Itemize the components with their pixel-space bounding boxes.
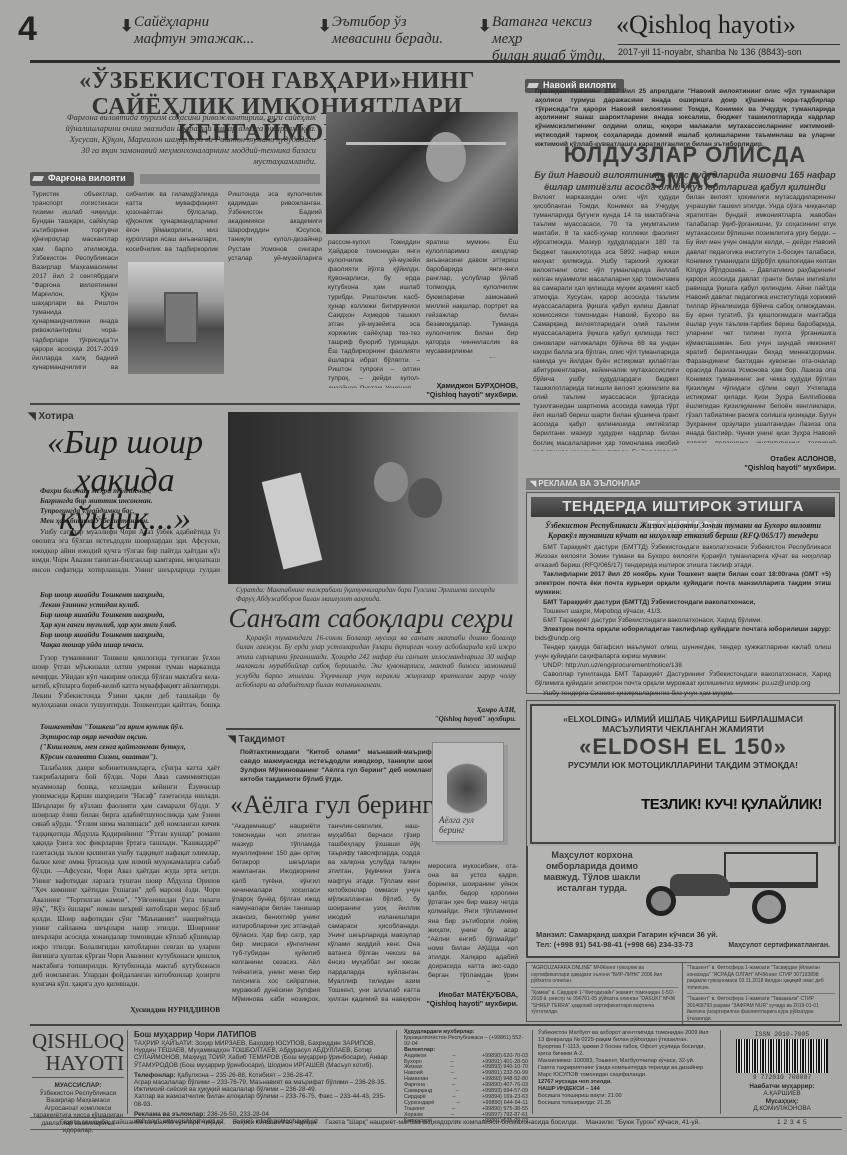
epigraph-line: Фахри билмай, меҳри тўлганман, [40,486,220,496]
section-label-ads: РЕКЛАМА ВА ЭЪЛОНЛАР [538,479,640,488]
notice-4: "Ташкент" в. Фитосфера 1-жамоати "Таваак… [687,994,835,1022]
arrow-down-icon: ⬇ [478,18,491,35]
poem-line: ("Кишлоғим, мен сенга қайтганман буткул, [40,742,220,752]
notices-col-1: "AGROUZAFARA ONLINE" МЧЖнинг гувоҳлик ва… [527,963,683,1024]
phones-label: Телефонлар: [134,1072,176,1079]
music-headline: Санъат сабоқлари сеҳри [226,603,516,634]
eldosh-certified: Маҳсулот сертификатланган. [728,942,830,949]
music-byline-name: Ҳамро АЛИ, [400,706,516,715]
tender-para-4: Саволлар туғилганда БМТ Тараққиёт Дастур… [527,670,839,688]
divider [720,1030,721,1114]
eldosh-slogan: ТЕЗЛИК! КУЧ! ҚУЛАЙЛИК! [641,796,822,813]
section-arrow-icon: ◥ [28,411,38,422]
section-header-ads: ◥ РЕКЛАМА ВА ЭЪЛОНЛАР [526,478,840,490]
section-label-memory: Хотира [38,411,73,422]
epigraph-line: Бағрингда бир миттик инсонман. [40,496,220,506]
format-text: Буюртма Г-1113, ҳажми 2 босма табоқ. Офс… [538,1044,716,1058]
poem-line: Бир шоир яшайди Тошкент шаҳрида, [40,610,220,620]
weaver-photo [326,112,518,234]
newspaper-brand: «Qishloq hayoti» [616,10,796,40]
memory-para-3: Талабалик даври кобинетилиқларга, сўнгра… [32,764,220,1004]
tender-headline: ТЕНДЕРДА ИШТИРОК ЭТИШГА ТАКЛИФ! [531,497,835,517]
dept-phones-3: Хатлар ва жамоатчилик билан алоқалар бўл… [134,1093,392,1107]
section-bar [140,174,320,184]
book-headline: «Аёлга гул беринг» [230,790,446,820]
book-byline-role: "Qishloq hayoti" мухбири. [420,999,518,1008]
eldosh-ad: «ELXOLDING» ИЛМИЙ ИШЛАБ ЧИҚАРИШ БИРЛАШМА… [530,704,836,844]
eldosh-line3: РУСУМЛИ ЮК МОТОЦИКЛЛАРИНИ ТАҚДИМ ЭТМОҚДА… [532,760,834,770]
poem-line: Бир шоир яшайди Тошкент шаҳрида, [40,630,220,640]
editor-in-chief: Бош муҳаррир Чори ЛАТИПОВ [134,1030,392,1040]
book-cover: Аёлга гул беринг [432,742,504,842]
board-members: ТАҲРИР ҲАЙЪАТИ: Зоҳир МИРЗАЕВ, Баҳодир Ю… [134,1040,392,1069]
book-col-1: "Академнашр" нашриёти томонидан чоп этил… [232,822,320,1002]
phones-text: Қабулхона – 235-26-88, Котибият – 236-28… [177,1072,313,1079]
tender-address-bold: БМТ Тараққиёт дастури (БМТТД) Ўзбекистон… [527,598,839,607]
memory-poem-2: Тошкентдан "Тошкеш"га ярим кунлик йўл. Э… [40,722,220,762]
signed-time-2: Босишга топширилди: 21.35 [538,1100,716,1107]
tender-closing: Ушбу тендерга Сизнинг қизиқишларингиз би… [527,689,839,698]
section-header-presentation: ◥ Тақдимот [228,734,285,745]
poem-line: Тошкентдан "Тошкеш"га ярим кунлик йўл. [40,722,220,732]
design-credit: Газета таҳририятнинг ўзида компьютерда т… [538,1065,716,1079]
tender-subhead: Ўзбекистон Республикаси Жиззах вилояти З… [527,521,839,541]
lead-byline: Ҳамиджон БУРҲОНОВ, "Qishloq hayoti" мухб… [420,381,518,399]
section-header-memory: ◥ Хотира [28,411,74,422]
loom-beam [346,142,506,145]
navoi-col-1: Вилоят марказидан олис чўл ҳудуди ҳисобл… [533,193,679,451]
book-cover-title: Аёлга гул беринг [439,815,501,835]
navoi-subhead: Бу йил Навоий вилоятининг олис ҳудудлари… [532,170,838,193]
address-text: Манзилимиз: 100083, Тошкент, Матбуотчила… [538,1058,716,1065]
lead-col-2: сибчилик ва гиламдўзликда катта муваффақ… [126,190,218,252]
book-col-2: танчлик-севгилик, наш-муҳаббат берчаси г… [328,822,420,1002]
eldosh-phone: Тел: (+998 91) 541-98-41 (+998 66) 234-3… [536,940,693,949]
front-wheel [646,886,676,916]
poem-line: Ҳар кун ғанги туғилиб, ҳар кун янги ўлиб… [40,620,220,630]
eldosh-ad-outer: «ELXOLDING» ИЛМИЙ ИШЛАБ ЧИҚАРИШ БИРЛАШМА… [526,700,840,848]
tender-para-1: БМТ Тараққиёт дастури (БМТТД) Ўзбекистон… [527,541,839,570]
tender-url-link[interactable]: UNDP: http://un.uz/eng/procurement/notic… [527,661,839,670]
arrow-down-icon: ⬇ [318,18,331,35]
lead-col-5: яратиш мумкин. Ёш кулолларимиз ажодлар а… [426,238,518,358]
epigraph-line: Мен ҳам битта Ўзбекистонман. [40,516,220,526]
memory-para-2: Гузор туманининг Тошкеш қишлоғида туғилг… [32,654,220,710]
editorial-board: Бош муҳаррир Чори ЛАТИПОВ ТАҲРИР ҲАЙЪАТИ… [134,1030,392,1125]
building-photo [128,262,224,374]
section-arrow-icon: ◥ [228,734,238,745]
navoi-byline-name: Отабек АСЛОНОВ, [686,454,836,463]
regions-list: Андижон–+99890) 620-70-03Бухоро–+99891) … [404,1054,528,1125]
navoi-byline: Отабек АСЛОНОВ, "Qishloq hayoti" мухбири… [686,454,836,472]
notice-3: "Ташкент" в. Фитосфера 1-жамоати "Тасвир… [687,965,835,994]
lead-col-3: Риштонда эса кулолчилик қадимдан ривожла… [228,190,322,262]
founders-label: МУАССИСЛАР: [32,1082,124,1090]
lead-lede: Фарғона вилоятида туризм соҳасини ривожл… [60,112,316,167]
cargo-bed [724,852,818,888]
footer-logo: QISHLOQ HAYOTI [32,1030,124,1074]
bottom-strip: Газета сешанба, пайшанба ва шанба кунлар… [60,1119,760,1126]
navoi-col-2: билан вилоят ҳокимлиги мутасаддиларининг… [686,193,836,443]
barcode-block: ISSN 2010-7005 9 772010 708007 Навбатчи … [730,1031,834,1113]
tender-address-1: Тошкент шаҳри, Мирobод кўчаси, 41/3. [527,607,839,616]
issn: ISSN 2010-7005 [730,1031,834,1038]
lead-col-4: рассом-кулол Тожиддин Ҳайдаров томонидан… [328,238,420,388]
navoi-byline-role: "Qishloq hayoti" мухбири. [686,463,836,472]
memory-para-1: Ушбу сатрлар муаллифи Чори Аваз ўзбек ад… [32,528,220,576]
footer-rule [30,1024,842,1026]
region-dash: – [456,1089,459,1095]
poem-line: Бир шоир яшайди Тошкент шаҳрида, [40,590,220,600]
music-photo [228,412,518,584]
tender-email-link[interactable]: bids@undp.org [535,635,580,642]
poem-line: Лекин ўзининг устидан кулиб. [40,600,220,610]
regional-correspondents: Ҳудудлардаги мухбирлар: Қорақалпоғистон … [404,1030,528,1125]
teaser-1-line1: Сайёҳларни [134,14,260,31]
music-byline: Ҳамро АЛИ, "Qishloq hayoti" мухбири. [400,706,516,724]
tender-email-label: Электрон почта орқали юбориладиган такли… [543,626,831,633]
teaser-3[interactable]: ⬇ Ватанга чексиз меҳр билан яшаб ўтди. [478,14,618,65]
book-byline-name: Инобат МАТЁҚУБОВА, [420,990,518,999]
lead-col-1: Туристик объектлар, транспорт логистикас… [32,190,118,370]
tender-para-3: Тендер ҳақида батафсил маълумот олиш, шу… [527,643,839,661]
section-tag-fergana: Фарғона вилояти [30,172,134,186]
divider [30,1117,842,1118]
book-col-3: мероcига мукосибзик, ота-она ва устоз қа… [428,862,518,982]
divider [396,1030,397,1114]
teaser-2[interactable]: ⬇ Эътибор ўз мевасини беради. [318,14,458,48]
logo-line-2: HAYOTI [32,1052,124,1074]
notices-col-2: "Ташкент" в. Фитосфера 1-жамоати "Тасвир… [683,963,839,1024]
book-byline: Инобат МАТЁҚУБОВА, "Qishloq hayoti" мухб… [420,990,518,1008]
teaser-3-line1: Ватанга чексиз меҳр [492,14,618,48]
music-photo-caption: Суратда: Мактабнинг тажрибали ўқитувчила… [236,586,506,604]
proofreader-label: Мусаҳҳиҳ: [730,1098,834,1105]
notice-1: "AGROUZAFARA ONLINE" МЧЖнинг гувоҳлик ва… [531,965,678,988]
lead-byline-name: Ҳамиджон БУРҲОНОВ, [420,381,518,390]
arrow-down-icon: ⬇ [120,18,133,35]
page-indicator: 1 2 3 4 5 [777,1119,807,1126]
publication-info: Ўзбекистон Матбуот ва ахборот агентлигид… [538,1030,716,1107]
masthead-rule [30,60,840,63]
memory-poem-1: Бир шоир яшайди Тошкент шаҳрида, Лекин ў… [40,590,220,650]
rear-wheel [752,890,786,924]
eldosh-product: «ELDOSH EL 150» [532,734,834,760]
section-label-presentation: Тақдимот [238,734,285,745]
teacher-figure [374,462,408,502]
karakalpak-phone: Қорақалпоғистон Республикаси – (+99861) … [404,1036,528,1048]
memory-title-line1: «Бир шоир [30,424,220,462]
student-figure [408,478,442,518]
music-byline-role: "Qishloq hayoti" мухбири. [400,715,516,724]
publication-index: НАШР ИНДЕКСИ – 144 [538,1086,716,1093]
memory-epigraph: Фахри билмай, меҳри тўлганман, Бағрингда… [40,486,220,526]
poem-line: Чақка тошар уйда ишар ичаси. [40,640,220,650]
teaser-2-line2: мевасини беради. [332,31,458,48]
music-body: Қоракўл туманидаги 16-сонли Болалар муси… [236,634,516,690]
poem-line: Эҳтирослар оқар нечадан оқсин. [40,732,220,742]
region-dash: – [452,1083,455,1089]
section-header-navoi: Навоий вилояти [525,75,840,89]
barcode-digits: 9 772010 708007 [730,1074,834,1081]
duty-editor-label: Навбатчи муҳаррир: [730,1083,834,1090]
teaser-1[interactable]: ⬇ Сайёҳларни мафтун этажак... [120,14,260,48]
epigraph-line: Тупроғингда улғайдимки бас, [40,506,220,516]
eldosh-line2: МАСЪУЛИЯТИ ЧЕКЛАНГАН ЖАМИЯТИ [532,724,834,734]
duty-editor: А.ҚАРШИЕВ [730,1090,834,1097]
teaser-2-line1: Эътибор ўз [332,14,458,31]
region-dash: – [457,1101,460,1107]
circulation: 12767 нусхада чоп этилди. [538,1079,716,1086]
eldosh-address: Манзил: Самарқанд шаҳри Гагарин кўчаси 3… [536,930,718,939]
logo-line-1: QISHLOQ [32,1030,124,1052]
divider [30,403,520,405]
teaser-1-line2: мафтун этажак... [134,31,260,48]
eldosh-pitch: Маҳсулот корхона омборларида доимо мавжу… [542,850,642,894]
divider [226,728,520,730]
book-cover-art [447,761,487,816]
barcode [736,1039,828,1073]
tender-ad: ТЕНДЕРДА ИШТИРОК ЭТИШГА ТАКЛИФ! Ўзбекист… [526,492,840,694]
motorcycle-image [640,846,820,930]
tender-address-2: БМТ Тараққиёт дастури Ўзбекистондаги вак… [527,616,839,625]
page-number: 4 [18,10,37,49]
issue-dateline: 2017-yil 11-noyabr, shanba № 136 (8843)-… [618,44,840,57]
eldosh-line1: «ELXOLDING» ИЛМИЙ ИШЛАБ ЧИҚАРИШ БИРЛАШМА… [532,714,834,724]
divider [532,1030,533,1114]
tender-para-2: Таклифларни 2017 йил 20 ноябрь куни Тошк… [527,570,839,597]
signed-time-1: Босишга топшириш вақти: 21.00 [538,1093,716,1100]
memory-byline: Ҳусниддин НУРИДДИНОВ [100,1006,220,1015]
section-header-fergana: Фарғона вилояти [30,172,320,186]
proofreader: Д.КОМИЛЖОНОВА [730,1105,834,1112]
divider [30,1129,842,1130]
region-dash: – [452,1095,455,1101]
sheet-music [262,472,323,569]
portal-building [164,292,198,344]
registration-text: Ўзбекистон Матбуот ва ахборот агентлигид… [538,1030,716,1044]
divider [127,1030,128,1114]
poem-line: Кўрсин салавати Сизни, ошатан"). [40,752,220,762]
weaver-figure [426,132,466,182]
book-intro: Пойтахтимиздаги "Китоб олами" маънавий-м… [240,748,440,784]
founders-text: Ўзбекистон Республикаси Вазирлар Маҳкама… [32,1090,124,1135]
motorcycle-body [670,874,730,896]
classified-notices: "AGROUZAFARA ONLINE" МЧЖнинг гувоҳлик ва… [526,962,840,1022]
eldosh-ad-lower: Маҳсулот корхона омборларида доимо мавжу… [526,846,840,958]
notice-2: "Ҳамма" в. Сирдарё 1-"Фитодизайн" жамият… [531,988,678,1016]
lead-byline-role: "Qishloq hayoti" мухбири. [420,390,518,399]
navoi-intro: Президентимизнинг 2017 йил 25 апрелдаги … [535,88,835,150]
